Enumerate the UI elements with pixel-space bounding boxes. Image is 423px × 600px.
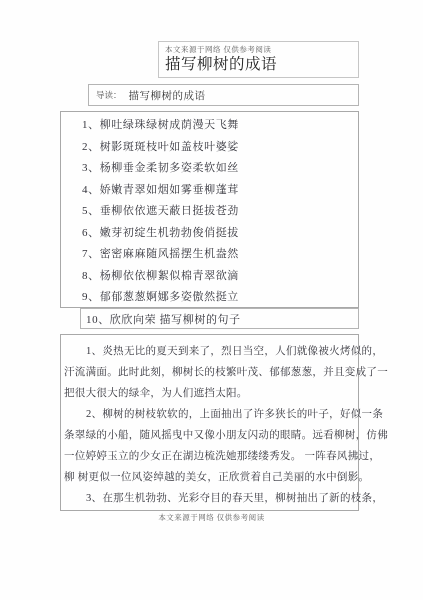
idiom-item-10-box: 10、欣欣向荣 描写柳树的句子 bbox=[80, 308, 359, 329]
idiom-list-box: 1、柳吐绿珠绿树成荫漫天飞舞 2、树影斑斑枝叶如盖枝叶婆娑 3、杨柳垂金柔韧多姿… bbox=[60, 111, 359, 308]
lead-text: 描写柳树的成语 bbox=[129, 88, 206, 103]
idiom-item-3: 3、杨柳垂金柔韧多姿柔软如丝 bbox=[82, 158, 358, 180]
body-line: 一位婷婷玉立的少女正在湖边梳洗她那缕缕秀发。 一阵春风拂过， bbox=[64, 446, 356, 467]
page-title: 描写柳树的成语 bbox=[165, 55, 358, 75]
idiom-item-9: 9、郁郁葱葱婀娜多姿傲然挺立 bbox=[82, 287, 358, 309]
body-line: 2、柳树的树枝软软的，上面抽出了许多狭长的叶子，好似一条 bbox=[64, 404, 356, 425]
idiom-item-6: 6、嫩芽初绽生机勃勃俊俏挺拔 bbox=[82, 223, 358, 245]
body-line: 1、炎热无比的夏天到来了，烈日当空，人们就像被火烤似的， bbox=[64, 341, 356, 362]
footer-source-note: 本文来源于网络 仅供参考阅读 bbox=[0, 512, 423, 523]
body-line: 柳 树更似一位风姿绰越的美女，正欣赏着自己美丽的水中倒影。 bbox=[64, 467, 356, 488]
lead-box: 导读： 描写柳树的成语 bbox=[88, 84, 359, 106]
header-source-note: 本文来源于网络 仅供参考阅读 bbox=[165, 45, 358, 55]
idiom-item-1: 1、柳吐绿珠绿树成荫漫天飞舞 bbox=[82, 115, 358, 137]
idiom-item-10: 10、欣欣向荣 描写柳树的句子 bbox=[86, 311, 241, 327]
lead-label: 导读： bbox=[96, 89, 122, 101]
idiom-item-4: 4、娇嫩青翠如烟如雾垂柳蓬茸 bbox=[82, 180, 358, 202]
body-line: 把很大很大的绿伞，为人们遮挡太阳。 bbox=[64, 383, 356, 404]
body-paragraphs-box: 1、炎热无比的夏天到来了，烈日当空，人们就像被火烤似的， 汗流满面。此时此刻，柳… bbox=[60, 334, 359, 511]
idiom-item-8: 8、杨柳依依柳絮似棉青翠欲滴 bbox=[82, 266, 358, 288]
body-line: 条翠绿的小船，随风摇曳中又像小朋友闪动的眼睛。远看柳树，仿佛 bbox=[64, 425, 356, 446]
document-page: 本文来源于网络 仅供参考阅读 描写柳树的成语 导读： 描写柳树的成语 1、柳吐绿… bbox=[0, 0, 423, 600]
body-line: 汗流满面。此时此刻，柳树长的枝繁叶茂、郁郁葱葱，并且变成了一 bbox=[64, 362, 356, 383]
idiom-item-7: 7、密密麻麻随风摇摆生机盎然 bbox=[82, 244, 358, 266]
idiom-item-2: 2、树影斑斑枝叶如盖枝叶婆娑 bbox=[82, 137, 358, 159]
idiom-item-5: 5、垂柳依依遮天蔽日挺拔苍劲 bbox=[82, 201, 358, 223]
header-box: 本文来源于网络 仅供参考阅读 描写柳树的成语 bbox=[158, 41, 359, 78]
body-line: 3、在那生机勃勃、光彩夺目的春天里，柳树抽出了新的枝条， bbox=[64, 488, 356, 509]
